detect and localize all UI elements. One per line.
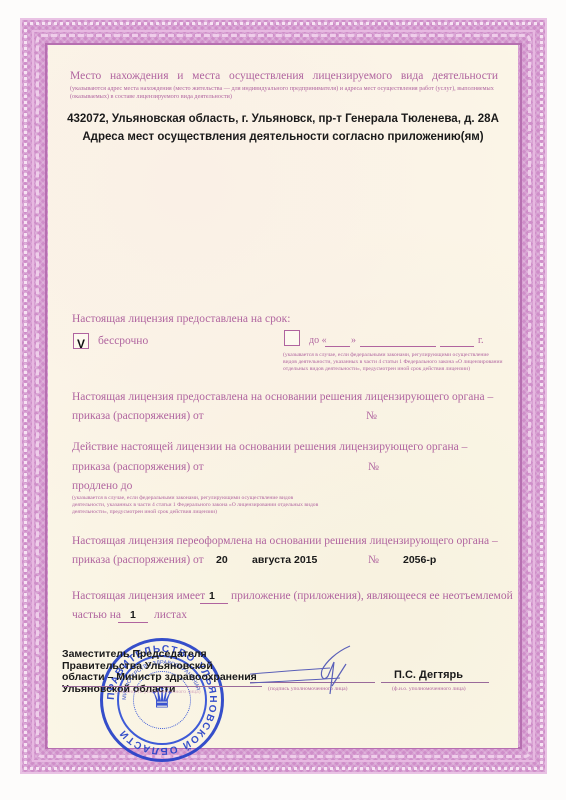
appendix-prefix: Настоящая лицензия имеет — [72, 590, 205, 602]
until-year-line — [440, 346, 474, 347]
until-date-checkbox[interactable] — [284, 330, 300, 346]
until-prefix: до « — [309, 335, 327, 346]
reissue-month-year: августа 2015 — [252, 554, 317, 566]
reissue-number: 2056-р — [403, 554, 436, 566]
appendix-middle: приложение (приложения), являющееся ее н… — [231, 590, 513, 602]
grant-line2: приказа (распоряжения) от — [72, 410, 204, 422]
extended-until-label: продлено до — [72, 480, 132, 492]
until-note: (указывается в случае, если федеральными… — [283, 352, 503, 373]
term-label: Настоящая лицензия предоставлена на срок… — [72, 313, 290, 325]
appendix-sheets-line — [118, 622, 148, 623]
extension-note: (указывается в случае, если федеральными… — [72, 495, 322, 516]
until-month-line — [360, 346, 436, 347]
handwritten-signature — [250, 642, 370, 702]
signatory-name: П.С. Дегтярь — [394, 669, 463, 681]
grant-number-label: № — [366, 410, 377, 422]
appendix-count-line — [200, 603, 228, 604]
appendix-sheets-prefix: частью на — [72, 609, 121, 621]
until-suffix: г. — [478, 335, 483, 346]
appendix-count: 1 — [209, 590, 215, 602]
location-heading-note: (указываются адрес места нахождения (мес… — [70, 85, 498, 100]
unlimited-checkbox[interactable]: V — [73, 333, 89, 349]
reissue-number-label: № — [368, 554, 379, 566]
unlimited-label: бессрочно — [98, 335, 148, 347]
position-line-rule — [62, 686, 262, 687]
check-mark: V — [77, 337, 85, 351]
until-day-line — [325, 346, 350, 347]
grant-line1: Настоящая лицензия предоставлена на осно… — [72, 391, 493, 403]
location-heading: Место нахождения и места осуществления л… — [70, 70, 498, 82]
until-mid: » — [351, 335, 356, 346]
position-line: Заместитель Председателя — [62, 649, 257, 661]
position-line: области – Министр здравоохранения — [62, 672, 257, 684]
address: 432072, Ульяновская область, г. Ульяновс… — [0, 113, 566, 125]
extension-line1: Действие настоящей лицензии на основании… — [72, 441, 467, 453]
address-note: Адреса мест осуществления деятельности с… — [0, 131, 566, 143]
reissue-line2: приказа (распоряжения) от — [72, 554, 204, 566]
name-note: (ф.и.о. уполномоченного лица) — [392, 686, 466, 694]
extension-line2: приказа (распоряжения) от — [72, 461, 204, 473]
position-note: (должность уполномоченного лица) — [115, 689, 201, 697]
name-line — [381, 682, 489, 683]
appendix-sheets: 1 — [130, 609, 136, 621]
extension-number-label: № — [368, 461, 379, 473]
reissue-day: 20 — [216, 554, 228, 566]
appendix-sheets-suffix: листах — [154, 609, 187, 621]
reissue-line1: Настоящая лицензия переоформлена на осно… — [72, 535, 498, 547]
